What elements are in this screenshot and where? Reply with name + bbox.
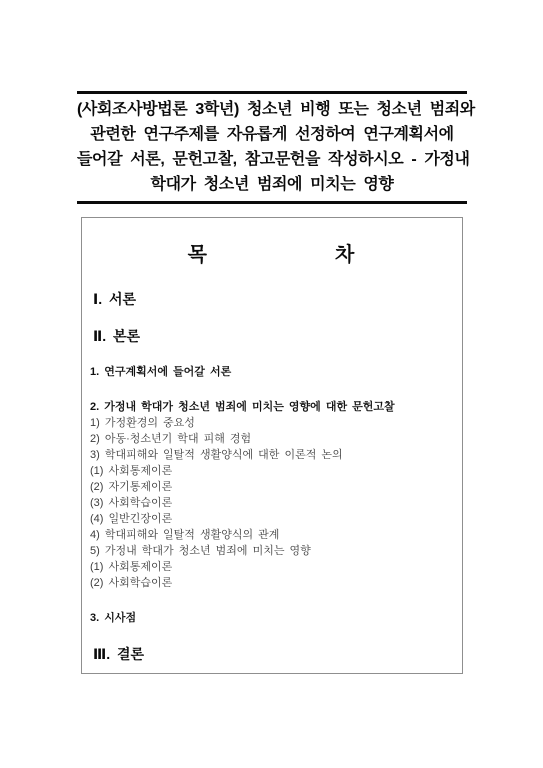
document-title-line: 관련한 연구주제를 자유롭게 선정하여 연구계획서에: [77, 122, 467, 147]
toc-list: Ⅰ. 서론Ⅱ. 본론1. 연구계획서에 들어갈 서론2. 가정내 학대가 청소년…: [90, 292, 452, 662]
toc-item: 4) 학대피해와 일탈적 생활양식의 관계: [90, 529, 452, 542]
document-title-line: (사회조사방법론 3학년) 청소년 비행 또는 청소년 범죄와: [77, 97, 467, 122]
toc-item: (2) 자기통제이론: [90, 481, 452, 494]
toc-item: 3) 학대피해와 일탈적 생활양식에 대한 이론적 논의: [90, 449, 452, 462]
document-title-block: (사회조사방법론 3학년) 청소년 비행 또는 청소년 범죄와 관련한 연구주제…: [77, 91, 467, 204]
toc-item: Ⅲ. 결론: [90, 647, 452, 662]
toc-item: Ⅱ. 본론: [90, 329, 452, 344]
toc-item: 3. 시사점: [90, 612, 452, 625]
toc-heading-char-right: 차: [335, 242, 354, 268]
toc-item: 2) 아동·청소년기 학대 피해 경험: [90, 433, 452, 446]
toc-item: 1) 가정환경의 중요성: [90, 417, 452, 430]
document-title-line: 학대가 청소년 범죄에 미치는 영향: [77, 172, 467, 197]
document-title-line: 들어갈 서론, 문헌고찰, 참고문헌을 작성하시오 - 가정내: [77, 147, 467, 172]
toc-item: 5) 가정내 학대가 청소년 범죄에 미치는 영향: [90, 545, 452, 558]
toc-item: 2. 가정내 학대가 청소년 범죄에 미치는 영향에 대한 문헌고찰: [90, 401, 452, 414]
toc-item: (1) 사회통제이론: [90, 561, 452, 574]
toc-item: 1. 연구계획서에 들어갈 서론: [90, 366, 452, 379]
toc-item: (1) 사회통제이론: [90, 465, 452, 478]
toc-item: Ⅰ. 서론: [90, 292, 452, 307]
toc-heading-char-left: 목: [188, 242, 207, 268]
toc-item: (3) 사회학습이론: [90, 497, 452, 510]
document-page: (사회조사방법론 3학년) 청소년 비행 또는 청소년 범죄와 관련한 연구주제…: [0, 0, 543, 768]
toc-item: (4) 일반긴장이론: [90, 513, 452, 526]
toc-item: (2) 사회학습이론: [90, 577, 452, 590]
toc-box: 목 차 Ⅰ. 서론Ⅱ. 본론1. 연구계획서에 들어갈 서론2. 가정내 학대가…: [81, 217, 463, 674]
toc-heading: 목 차: [90, 242, 452, 268]
